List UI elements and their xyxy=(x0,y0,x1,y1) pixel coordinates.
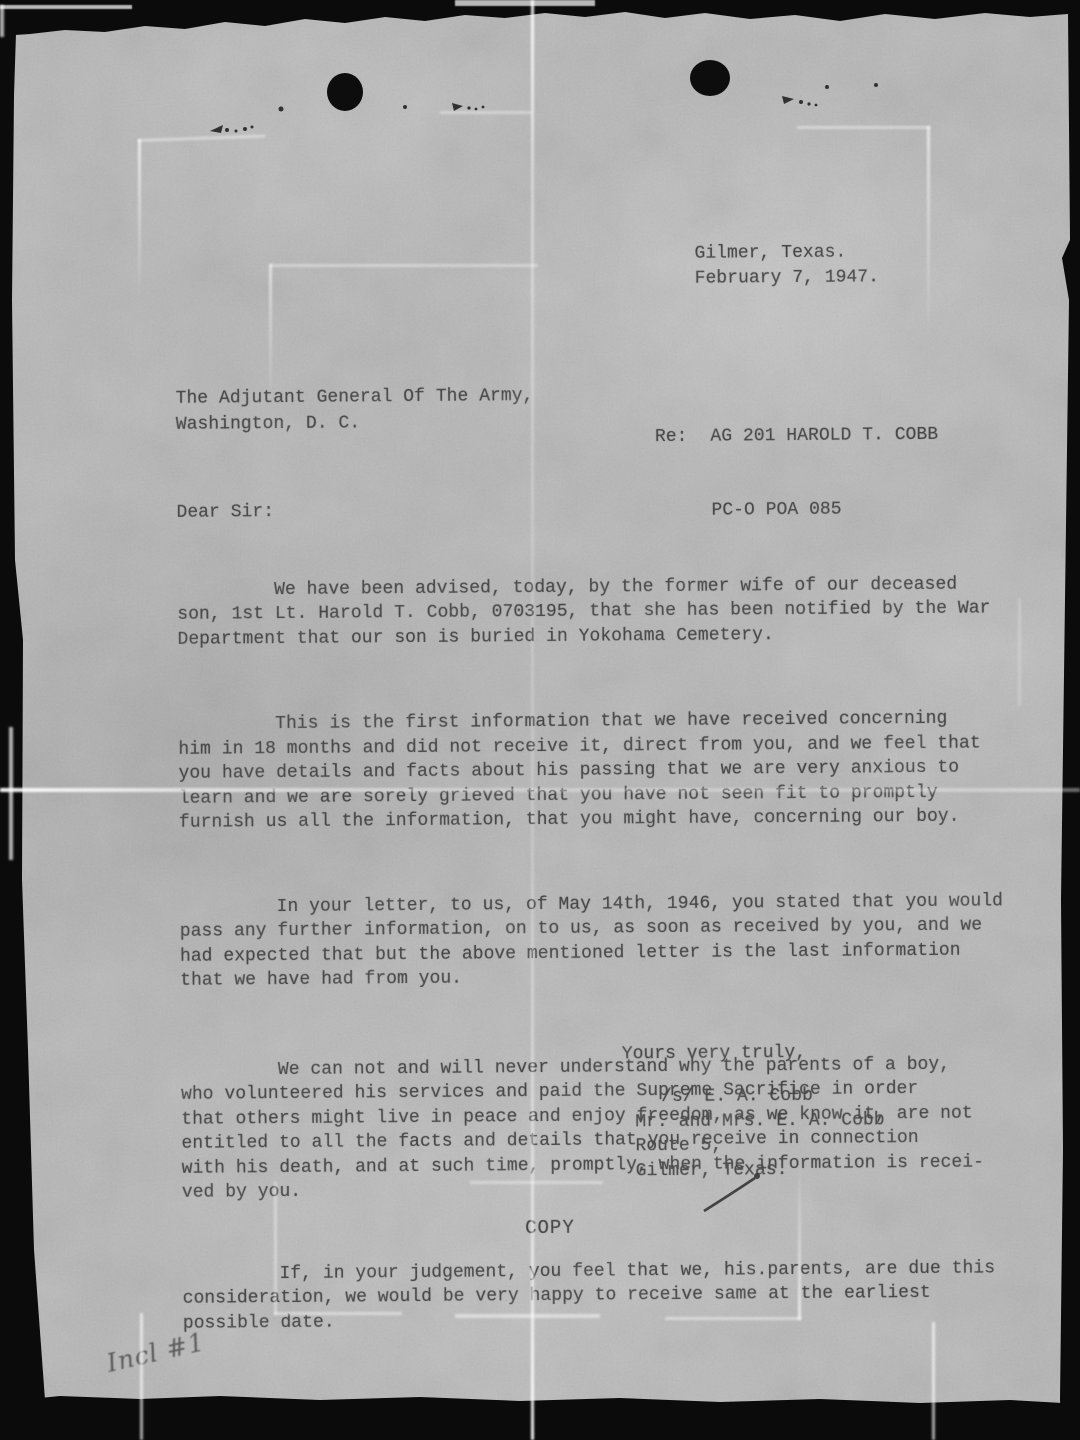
paragraph-4: We can not and will never understand why… xyxy=(181,1052,1042,1206)
paragraph-1: We have been advised, today, by the form… xyxy=(177,572,1038,652)
copy-stamp: COPY xyxy=(525,1216,575,1241)
salutation: Dear Sir: xyxy=(176,494,1036,525)
paragraph-3: In your letter, to us, of May 14th, 1946… xyxy=(180,889,1041,994)
scanned-letter-page: Gilmer, Texas. February 7, 1947. The Adj… xyxy=(0,0,1080,1440)
letter-body: Dear Sir: We have been advised, today, b… xyxy=(176,445,1043,1385)
paragraph-2: This is the first information that we ha… xyxy=(178,706,1039,835)
signature-block: Mr. and Mrs. E. A. Cobb Route 5, Gilmer,… xyxy=(635,1108,885,1183)
signature-initials: /s/ E. A. Cobb xyxy=(661,1084,813,1110)
dateline: Gilmer, Texas. February 7, 1947. xyxy=(694,240,879,291)
letter-content: Gilmer, Texas. February 7, 1947. The Adj… xyxy=(0,0,1080,1440)
recipient-address: The Adjutant General Of The Army, Washin… xyxy=(176,384,534,438)
closing: Yours very truly, xyxy=(622,1041,806,1067)
reference-label: Re: xyxy=(655,427,688,447)
reference-case: AG 201 HAROLD T. COBB xyxy=(710,425,938,447)
paragraph-5: If, in your judgement, you feel that we,… xyxy=(182,1256,1043,1336)
